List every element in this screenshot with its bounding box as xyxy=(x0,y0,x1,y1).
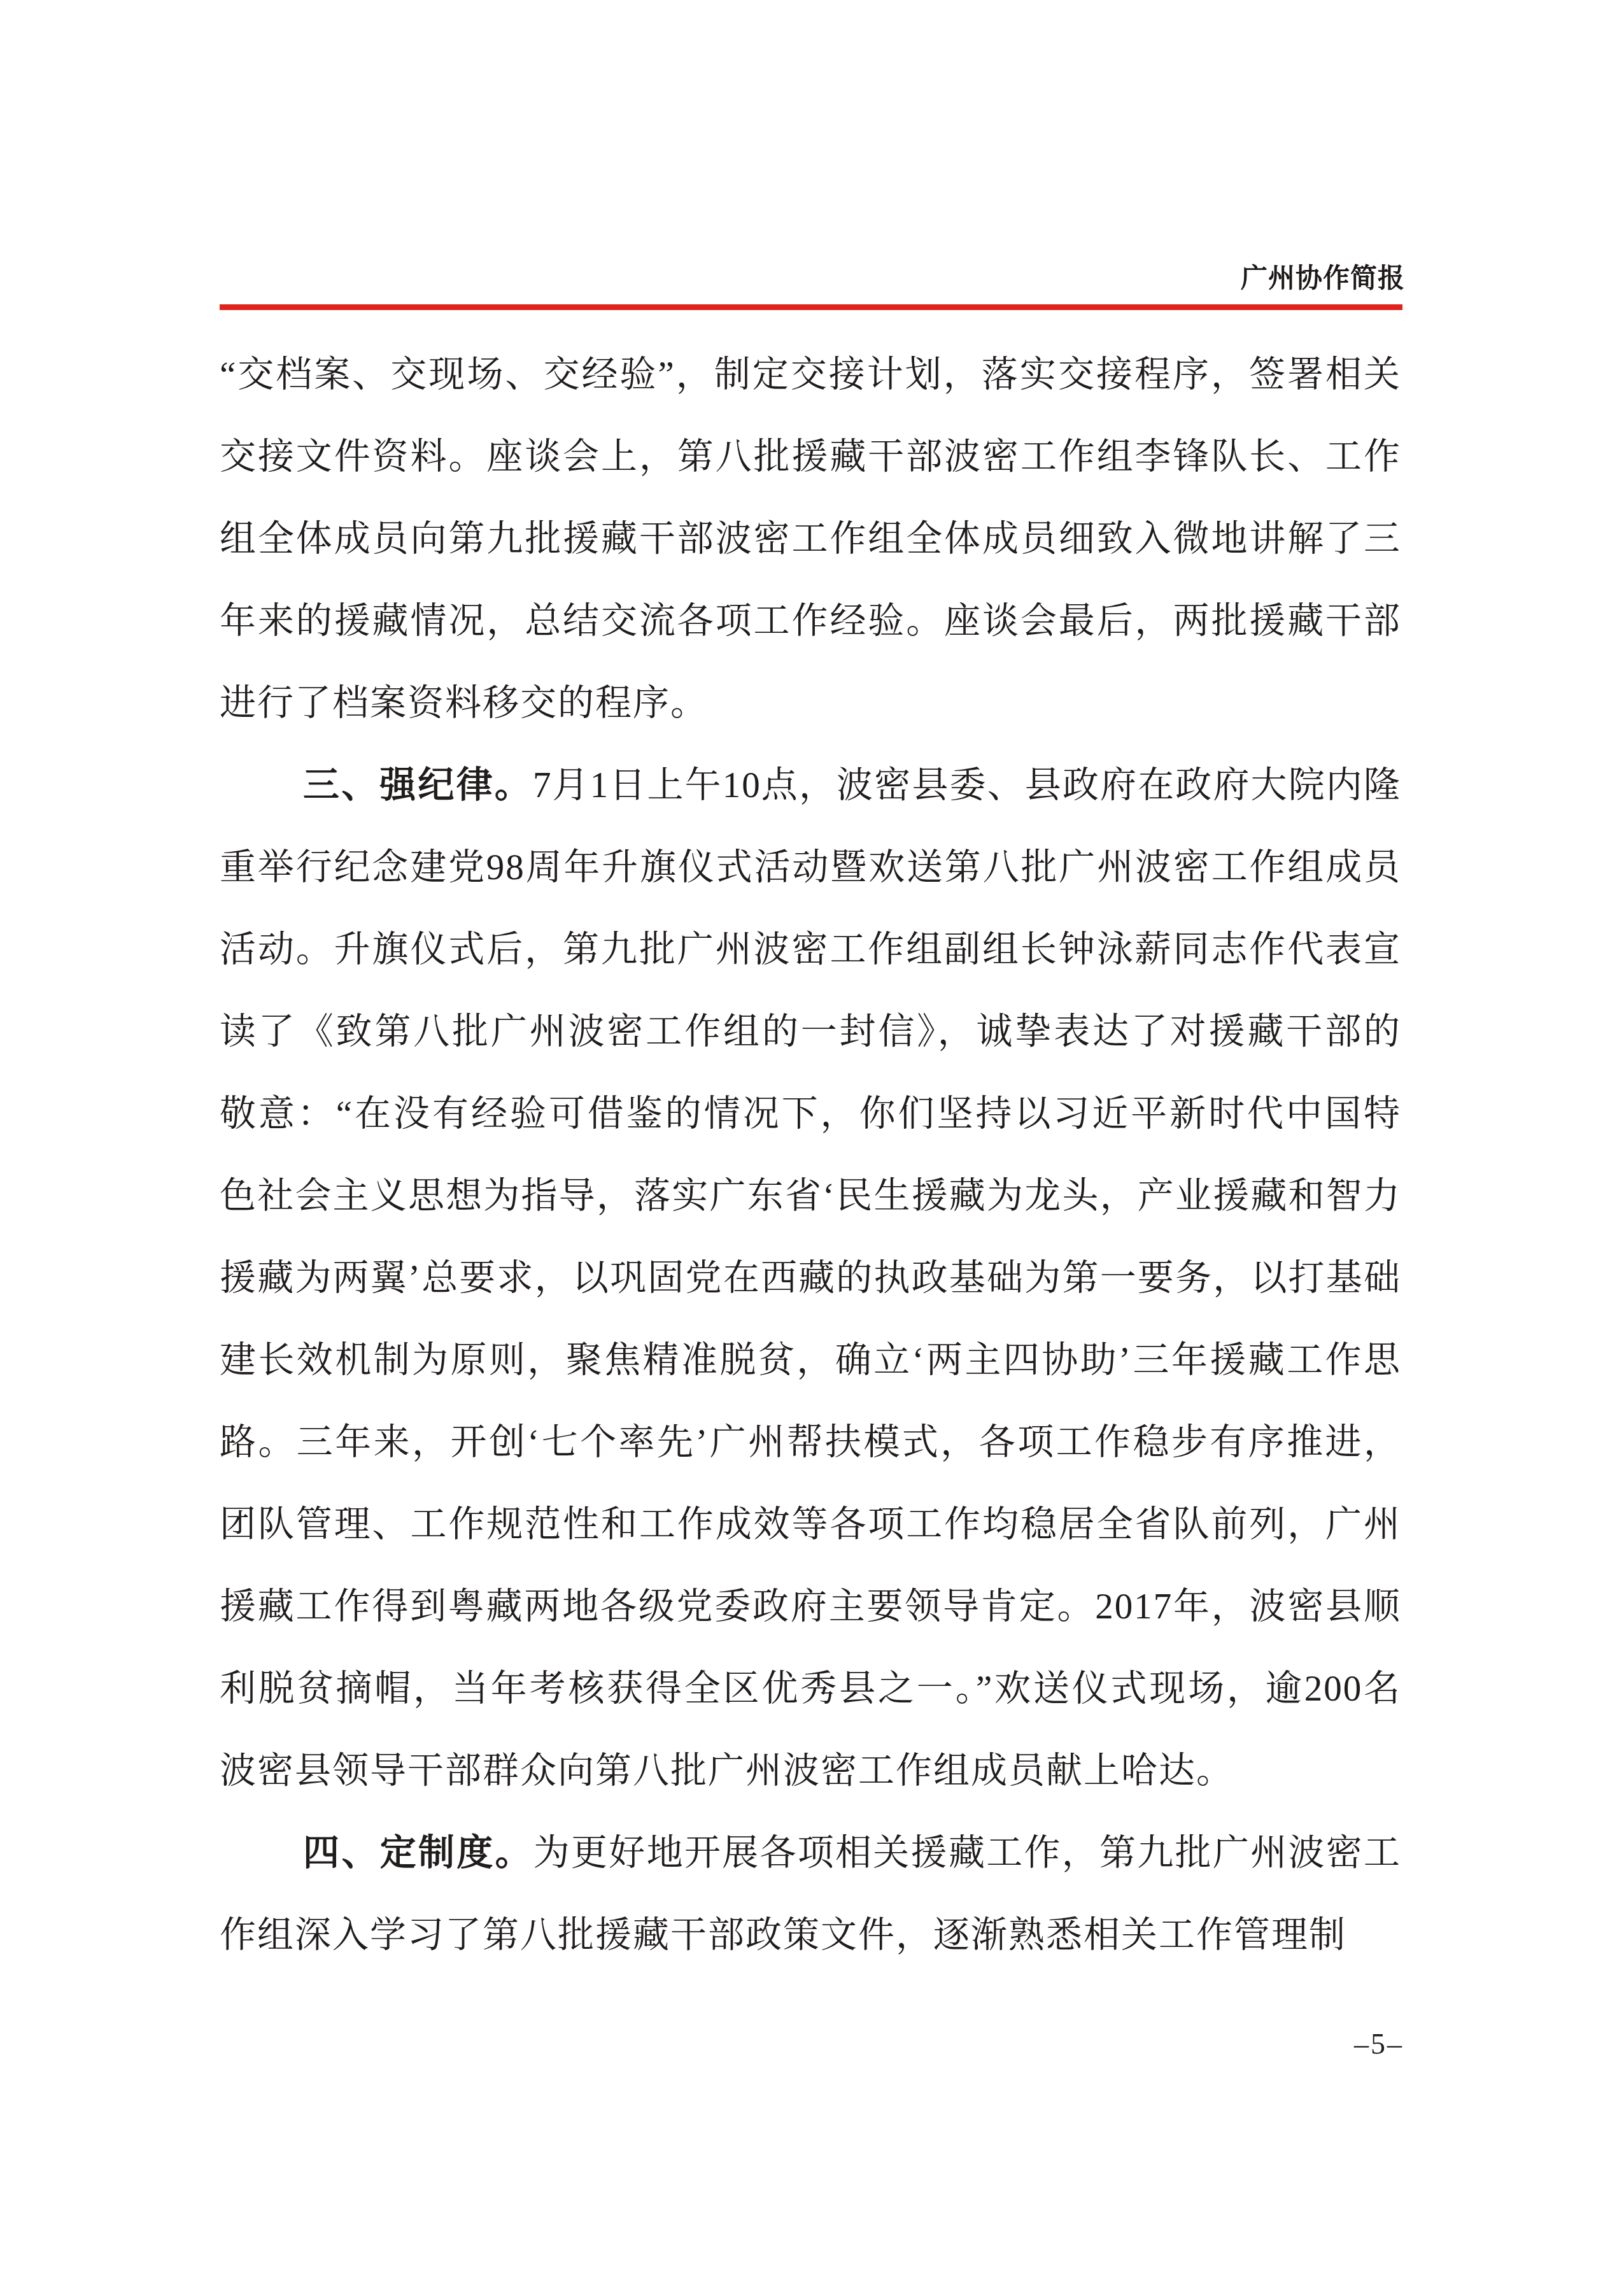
document-body: “交档案、交现场、交经验”，制定交接计划，落实交接程序，签署相关交接文件资料。座… xyxy=(220,334,1401,1976)
section-heading: 三、强纪律。 xyxy=(303,765,533,805)
section-heading: 四、定制度。 xyxy=(303,1832,533,1873)
bulletin-title: 广州协作简报 xyxy=(1241,264,1405,294)
paragraph-continuation: “交档案、交现场、交经验”，制定交接计划，落实交接程序，签署相关交接文件资料。座… xyxy=(220,334,1401,744)
document-page: 广州协作简报 “交档案、交现场、交经验”，制定交接计划，落实交接程序，签署相关交… xyxy=(0,0,1624,2278)
page-number: –5– xyxy=(1354,2028,1404,2060)
paragraph-text: “交档案、交现场、交经验”，制定交接计划，落实交接程序，签署相关交接文件资料。座… xyxy=(220,355,1401,723)
paragraph-section-3: 三、强纪律。7月1日上午10点，波密县委、县政府在政府大院内隆重举行纪念建党98… xyxy=(220,744,1401,1812)
paragraph-text: 7月1日上午10点，波密县委、县政府在政府大院内隆重举行纪念建党98周年升旗仪式… xyxy=(220,765,1401,1791)
header-rule xyxy=(220,304,1402,310)
paragraph-section-4: 四、定制度。为更好地开展各项相关援藏工作，第九批广州波密工作组深入学习了第八批援… xyxy=(220,1812,1401,1976)
